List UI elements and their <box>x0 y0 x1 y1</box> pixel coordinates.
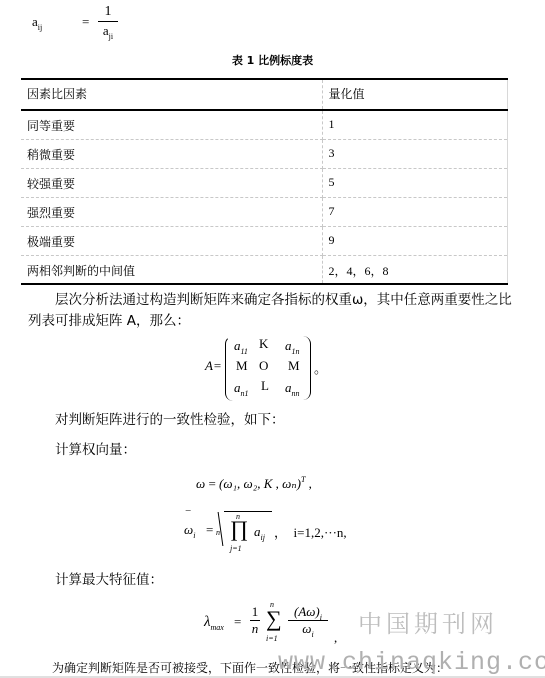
matrix-cell: a11 <box>234 338 248 354</box>
term-a: a <box>103 23 109 38</box>
watermark-site-name: 中国期刊网 <box>358 604 498 639</box>
cell-factor: 稍微重要 <box>21 139 322 168</box>
cell-value: 5 <box>322 168 508 197</box>
cell-factor: 两相邻判断的中间值 <box>21 255 322 284</box>
right-paren <box>302 336 311 400</box>
product-lower: j=1 <box>230 544 242 553</box>
subscript: nn <box>292 389 300 398</box>
subscript: max <box>211 623 224 632</box>
formula-lhs: aij <box>32 14 42 30</box>
term: a <box>234 338 241 353</box>
watermark-url: www.chinaqking.com <box>278 648 545 677</box>
denominator: n <box>250 621 260 637</box>
equals-sign: = <box>234 614 241 630</box>
cell-factor: 强烈重要 <box>21 197 322 226</box>
subscript: n1 <box>241 389 249 398</box>
matrix-label: A= <box>205 358 222 374</box>
matrix-cell: L <box>261 378 269 394</box>
scale-table: 因素比因素 量化值 同等重要 1 稍微重要 3 较强重要 5 强烈重要 7 极端… <box>21 78 508 285</box>
sum-symbol: ∑ <box>266 606 282 632</box>
radical-bar <box>224 511 272 512</box>
comma: , <box>334 630 337 646</box>
cell-factor: 同等重要 <box>21 110 322 139</box>
omega-bar-lhs: ωi <box>184 522 195 538</box>
cell-value: 7 <box>322 197 508 226</box>
paragraph-consistency-check: 对判断矩阵进行的一致性检验，如下： <box>55 410 285 431</box>
table-row: 强烈重要 7 <box>21 197 508 226</box>
index-range: ， i=1,2,···n, <box>274 522 347 541</box>
subscript: i <box>320 613 322 622</box>
subscript: 11 <box>241 347 248 356</box>
superscript: T <box>301 475 305 484</box>
table-row: 极端重要 9 <box>21 226 508 255</box>
cell-factor: 较强重要 <box>21 168 322 197</box>
table-row: 同等重要 1 <box>21 110 508 139</box>
matrix-cell: M <box>288 358 300 374</box>
term: a <box>234 380 241 395</box>
radical-sign <box>218 512 228 546</box>
paragraph-max-eigenvalue: 计算最大特征值： <box>55 570 163 591</box>
fraction-bar <box>98 21 118 22</box>
sum-lower: i=1 <box>266 634 278 643</box>
judgment-matrix: A= a11 K a1n M O M an1 L ann 。 <box>200 336 350 402</box>
matrix-cell: O <box>259 358 268 374</box>
formula-lambda-max: λmax = 1 n n ∑ i=1 (Aω)i ωi , <box>204 600 354 650</box>
formula-weight-vector: ω = (ω₁, ω₂, K , ωₙ)T , <box>196 476 312 492</box>
formula-reciprocal: aij = 1 aji <box>30 4 190 40</box>
table-caption: 表 1 比例标度表 <box>0 52 545 68</box>
subscript: ji <box>109 32 113 41</box>
equals-sign: = <box>206 522 213 538</box>
comma: , <box>305 476 312 491</box>
product-symbol: ∏ <box>230 516 248 542</box>
numerator: 1 <box>98 4 118 20</box>
matrix-cell: a1n <box>285 338 300 354</box>
term: aij <box>254 524 265 540</box>
omega-symbol: ω <box>196 476 205 491</box>
term: a <box>285 338 292 353</box>
subscript: ij <box>38 23 42 32</box>
cell-value: 3 <box>322 139 508 168</box>
subscript: i <box>193 531 195 540</box>
lambda-symbol: λ <box>204 614 211 630</box>
matrix-cell: an1 <box>234 380 249 396</box>
lambda-lhs: λmax <box>204 614 224 631</box>
table-row: 较强重要 5 <box>21 168 508 197</box>
table-header-row: 因素比因素 量化值 <box>21 79 508 110</box>
left-paren <box>225 336 234 401</box>
formula-geometric-mean: ‾ ωi = n n ∏ j=1 aij ， i=1,2,···n, <box>184 508 384 558</box>
numerator: 1 <box>250 604 260 620</box>
subscript: ij <box>261 533 265 542</box>
omega-symbol: ω <box>184 522 193 537</box>
cell-value: 2，4，6，8 <box>322 255 508 284</box>
matrix-cell: M <box>236 358 248 374</box>
header-factor: 因素比因素 <box>21 79 322 110</box>
matrix-cell: K <box>259 336 268 352</box>
fraction: 1 aji <box>98 4 118 39</box>
vector-body: (ω₁, ω₂, K , ωₙ) <box>219 476 301 491</box>
cell-value: 1 <box>322 110 508 139</box>
matrix-cell: ann <box>285 380 300 396</box>
cell-factor: 极端重要 <box>21 226 322 255</box>
equals-sign: = <box>82 14 89 30</box>
equals-sign: = <box>208 476 215 491</box>
denominator: aji <box>98 23 118 39</box>
period: 。 <box>314 358 327 377</box>
fraction: 1 n <box>250 604 260 637</box>
term-fraction: (Aω)i ωi <box>288 604 328 637</box>
paragraph-weight-vector: 计算权向量： <box>55 440 136 461</box>
term-a: a <box>254 524 261 539</box>
cell-value: 9 <box>322 226 508 255</box>
subscript: 1n <box>292 347 300 356</box>
table-row: 稍微重要 3 <box>21 139 508 168</box>
term-a: a <box>32 14 38 29</box>
table-row: 两相邻判断的中间值 2，4，6，8 <box>21 255 508 284</box>
header-value: 量化值 <box>322 79 508 110</box>
paragraph-ahp-intro: 层次分析法通过构造判断矩阵来确定各指标的权重ω，其中任意两重要性之比列表可排成矩… <box>28 290 518 332</box>
numerator: (Aω) <box>294 604 320 619</box>
term: a <box>285 380 292 395</box>
subscript: i <box>311 630 313 639</box>
